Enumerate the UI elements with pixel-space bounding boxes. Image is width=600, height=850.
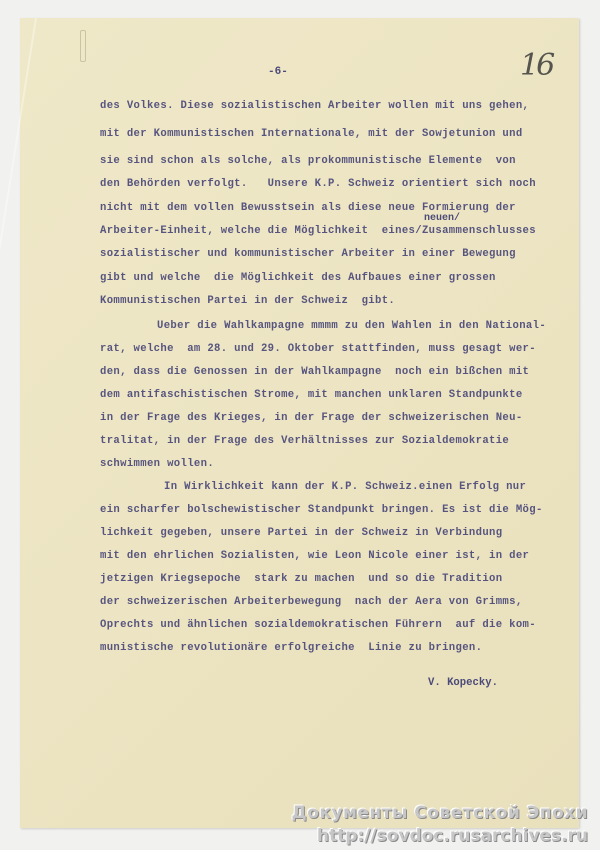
page-number: -6- [268, 66, 288, 78]
text-line: Arbeiter-Einheit, welche die Möglichkeit… [100, 225, 536, 237]
text-line: In Wirklichkeit kann der K.P. Schweiz.ei… [164, 481, 526, 493]
text-line: Kommunistischen Partei in der Schweiz gi… [100, 295, 395, 307]
signature: V. Kopecky. [428, 677, 498, 689]
text-line: mit der Kommunistischen Internationale, … [100, 128, 523, 140]
text-line: der schweizerischen Arbeiterbewegung nac… [100, 596, 523, 608]
text-line: sie sind schon als solche, als prokommun… [100, 155, 516, 167]
text-line: ein scharfer bolschewistischer Standpunk… [100, 504, 543, 516]
text-line: jetzigen Kriegsepoche stark zu machen un… [100, 573, 502, 585]
text-line: sozialistischer und kommunistischer Arbe… [100, 248, 516, 260]
text-line: Oprechts und ähnlichen sozialdemokratisc… [100, 619, 536, 631]
text-line: in der Frage des Krieges, in der Frage d… [100, 412, 523, 424]
watermark-title: Документы Советской Эпохи [292, 803, 588, 823]
text-line: lichkeit gegeben, unsere Partei in der S… [100, 527, 502, 539]
text-line: rat, welche am 28. und 29. Oktober statt… [100, 343, 536, 355]
text-line: schwimmen wollen. [100, 458, 214, 470]
text-line: tralitat, in der Frage des Verhältnisses… [100, 435, 509, 447]
handwritten-insertion: neuen/ [424, 213, 460, 224]
text-line: den Behörden verfolgt. Unsere K.P. Schwe… [100, 178, 536, 190]
text-line: mit den ehrlichen Sozialisten, wie Leon … [100, 550, 529, 562]
text-line: gibt und welche die Möglichkeit des Aufb… [100, 272, 496, 284]
text-line: munistische revolutionäre erfolgreiche L… [100, 642, 482, 654]
staple-mark-icon [80, 30, 86, 62]
text-line: Ueber die Wahlkampagne mmmm zu den Wahle… [157, 320, 546, 332]
watermark-url: http://sovdoc.rusarchives.ru [317, 826, 588, 846]
text-line: dem antifaschistischen Strome, mit manch… [100, 389, 523, 401]
text-line: des Volkes. Diese sozialistischen Arbeit… [100, 100, 529, 112]
text-line: den, dass die Genossen in der Wahlkampag… [100, 366, 529, 378]
archive-sheet-number: 16 [520, 48, 552, 83]
